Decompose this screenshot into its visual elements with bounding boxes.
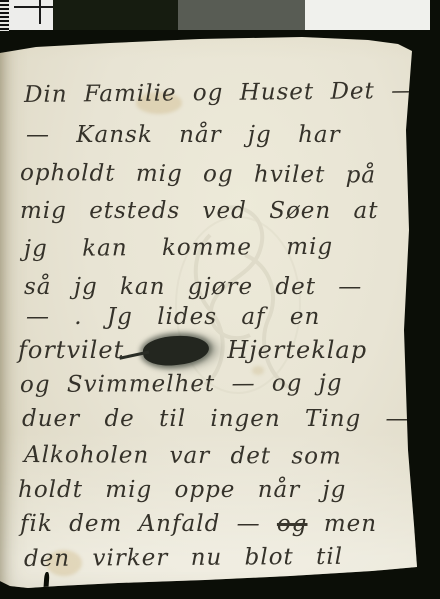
handwriting-line: Din Familie og Huset Det —	[24, 78, 415, 110]
handwriting-line-with-blot: fortvilet Hva Hjerteklap	[18, 336, 367, 365]
handwriting-word: men	[324, 511, 377, 537]
scale-ticks-icon	[0, 0, 9, 31]
handwriting-line: Alkoholen var det som	[24, 442, 342, 471]
handwriting-line: — . Jg lides af en	[26, 304, 320, 332]
calibration-bar	[0, 0, 440, 31]
handwriting-line: duer de til ingen Ting —	[22, 406, 410, 434]
handwriting-line: holdt mig oppe når jg	[18, 477, 346, 505]
calibration-patch-white	[305, 0, 430, 30]
ink-blot-strikeout: Hva	[142, 333, 210, 367]
handwriting-word: fortvilet	[18, 336, 124, 364]
handwriting-line: opholdt mig og hvilet på	[20, 160, 376, 190]
handwriting-line: så jg kan gjøre det —	[24, 274, 362, 302]
handwriting-word: Hjerteklap	[227, 336, 367, 364]
calibration-patch-gray	[178, 0, 305, 30]
struck-out-word: og	[277, 511, 308, 537]
manuscript-page: Din Familie og Huset Det — — Kansk når j…	[0, 0, 440, 599]
handwriting-line: og Svimmelhet — og jg	[20, 370, 343, 399]
handwriting-line: mig etsteds ved Søen at	[20, 198, 378, 226]
handwriting-line: jg kan komme mig	[24, 234, 333, 264]
calibration-patch-dark	[53, 0, 178, 30]
registration-crosshair-icon	[39, 0, 41, 24]
handwriting-line: den virker nu blot til	[24, 544, 343, 574]
handwriting-word: fik dem Anfald —	[20, 511, 277, 537]
registration-target	[9, 0, 53, 30]
handwriting-line: — Kansk når jg har	[26, 122, 341, 150]
handwriting-line-with-strikeout: fik dem Anfald — og men	[20, 511, 377, 539]
scanned-manuscript-photo: { "colors": { "background": "#0b0e07", "…	[0, 0, 440, 599]
